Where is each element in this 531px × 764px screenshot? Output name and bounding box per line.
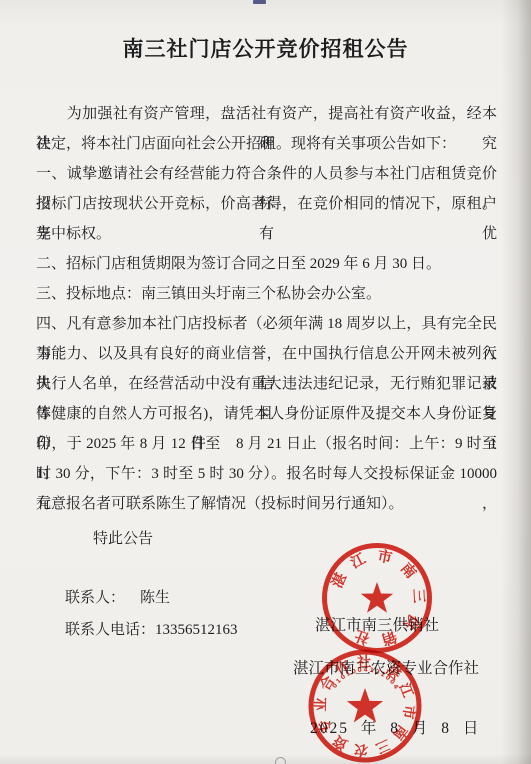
document-body: 为加强社有资产管理，盘活社有资产，提高社有资产收益，经本社研究决定，将本社门店面… xyxy=(36,99,497,519)
bottom-handle-icon xyxy=(275,757,286,764)
seal-character: 0 xyxy=(331,682,339,689)
body-line: 体健康的自然人方可报名)，请凭本人身份证原件及提交本人身份证复印件 1 xyxy=(36,399,497,429)
seal-character: 业 xyxy=(313,697,329,712)
signature-org-2: 湛江市南三农资专业合作社 xyxy=(293,656,479,678)
contact-person-name: 陈生 xyxy=(140,590,170,606)
body-line: 招标门店按现状公开竞标，价高者得，在竞价相同的情况下，原租户享有优 xyxy=(36,189,497,219)
signature-date: 2025 年 8 月 8 日 xyxy=(310,716,480,738)
body-line: 决定，将本社门店面向社会公开招租。现将有关事项公告如下： xyxy=(36,129,497,159)
seal-character: 4 xyxy=(391,683,399,690)
top-edge-marker xyxy=(253,0,266,4)
body-line: 为能力、以及具有良好的商业信誉，在中国执行信息公开网未被列入失信被 xyxy=(36,339,497,369)
seal-character: 湛 xyxy=(329,570,351,591)
seal-character: 三 xyxy=(373,736,392,756)
contact-phone-label: 联系人电话： xyxy=(65,622,155,638)
contact-person-line: 联系人：陈生 xyxy=(65,586,170,607)
official-seal-icon: 湛江市南三供销社 xyxy=(316,537,438,659)
seal-character: 农 xyxy=(353,741,368,759)
body-line: 一、诚挚邀请社会有经营能力符合条件的人员参与本社门店租赁竞价投标。 xyxy=(36,159,497,189)
page-title: 南三社门店公开竞价招租公告 xyxy=(0,33,531,63)
seal-character: 1 xyxy=(335,677,343,685)
seal-character: 三 xyxy=(410,588,428,604)
contact-phone-line: 联系人电话：13356512163 xyxy=(65,618,238,639)
body-line: 执行人名单，在经营活动中没有重大违法违纪记录，无行贿犯罪记录等且身 xyxy=(36,369,497,399)
body-line: 三、投标地点：南三镇田头圩南三个私协会办公室。 xyxy=(36,279,497,309)
seal-character: 南 xyxy=(397,559,420,582)
seal-character: 0 xyxy=(388,678,396,686)
signature-org-1: 湛江市南三供销社 xyxy=(315,613,439,635)
body-line: 份，于 2025 年 8 月 12 日至 8 月 21 日止（报名时间：上午：9… xyxy=(36,429,497,459)
body-line: 二、招标门店租赁期限为签订合同之日至 2029 年 6 月 30 日。 xyxy=(36,249,497,279)
seal-character: 江 xyxy=(347,550,369,572)
page-bottom-shadow xyxy=(0,754,531,764)
contact-phone-number: 13356512163 xyxy=(155,622,238,638)
body-line: 为加强社有资产管理，盘活社有资产，提高社有资产收益，经本社研究 xyxy=(36,99,497,129)
contact-person-label: 联系人： xyxy=(65,590,125,606)
seal-character: 市 xyxy=(376,547,394,568)
closing-line: 特此公告 xyxy=(93,524,153,554)
seal-character: 江 xyxy=(395,680,416,701)
announcement-page: 南三社门店公开竞价招租公告 为加强社有资产管理，盘活社有资产，提高社有资产收益，… xyxy=(0,0,531,764)
star-icon xyxy=(361,582,393,613)
page-edge-shadow xyxy=(501,0,531,764)
body-line: 四、凡有意参加本社门店投标者（必须年满 18 周岁以上，具有完全民事行 xyxy=(36,309,497,339)
body-line: 时 30 分，下午：3 时至 5 时 30 分）。报名时每人交投标保证金 100… xyxy=(36,459,497,489)
